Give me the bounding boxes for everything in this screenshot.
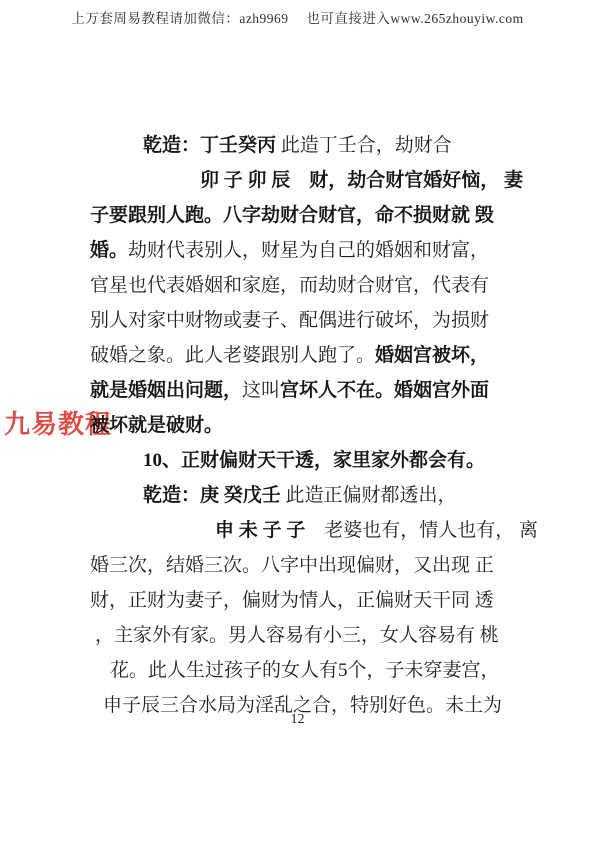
text-run: 劫财代表别人，财星为自己的婚姻和财富， bbox=[128, 240, 489, 261]
text-run: 花。此人生过孩子的女人有5个，子未穿妻宫， bbox=[110, 660, 500, 681]
text-run: 这叫 bbox=[242, 380, 280, 401]
text-line: 花。此人生过孩子的女人有5个，子未穿妻宫， bbox=[90, 653, 530, 688]
text-line: 乾造：丁壬癸丙 此造丁壬合，劫财合 bbox=[90, 128, 530, 163]
text-run: 申 未 子 子 bbox=[215, 520, 305, 541]
text-run: 财，正财为妻子，偏财为情人，正偏财天干同 透 bbox=[90, 590, 494, 611]
text-run: 宫坏人不在。婚姻宫外面 bbox=[280, 380, 489, 401]
text-run: 10、正财偏财天干透，家里家外都会有。 bbox=[143, 450, 485, 471]
text-line: 破婚之象。此人老婆跟别人跑了。婚姻宫被坏， bbox=[90, 338, 530, 373]
text-line: 乾造：庚 癸戊壬 此造正偏财都透出， bbox=[90, 478, 530, 513]
text-line: 婚。劫财代表别人，财星为自己的婚姻和财富， bbox=[90, 233, 530, 268]
text-run: 婚姻宫被坏， bbox=[375, 345, 489, 366]
text-run: 此造丁壬合，劫财合 bbox=[276, 135, 452, 156]
text-run: 乾造：丁壬癸丙 bbox=[143, 135, 276, 156]
text-line: 10、正财偏财天干透，家里家外都会有。 bbox=[90, 443, 530, 478]
text-run: 婚。 bbox=[90, 240, 128, 261]
text-run: 被坏就是破财。 bbox=[90, 415, 223, 436]
text-run: 就是婚姻出问题， bbox=[90, 380, 242, 401]
text-line: 申 未 子 子 老婆也有，情人也有， 离 bbox=[90, 513, 530, 548]
text-line: 婚三次，结婚三次。八字中出现偏财，又出现 正 bbox=[90, 548, 530, 583]
text-run: 别人对家中财物或妻子、配偶进行破坏，为损财 bbox=[90, 310, 489, 331]
text-run: 此造正偏财都透出， bbox=[281, 485, 457, 506]
text-line: 别人对家中财物或妻子、配偶进行破坏，为损财 bbox=[90, 303, 530, 338]
text-run: 乾造：庚 癸戊壬 bbox=[143, 485, 281, 506]
text-line: 卯 子 卯 辰 财，劫合财官婚好恼， 妻 bbox=[90, 163, 530, 198]
text-line: 财，正财为妻子，偏财为情人，正偏财天干同 透 bbox=[90, 583, 530, 618]
text-line: 就是婚姻出问题，这叫宫坏人不在。婚姻宫外面 bbox=[90, 373, 530, 408]
text-run: 破婚之象。此人老婆跟别人跑了。 bbox=[90, 345, 375, 366]
text-run: 婚三次，结婚三次。八字中出现偏财，又出现 正 bbox=[90, 555, 494, 576]
text-line: 官星也代表婚姻和家庭，而劫财合财官，代表有 bbox=[90, 268, 530, 303]
text-line: 子要跟别人跑。八字劫财合财官，命不损财就 毁 bbox=[90, 198, 530, 233]
text-run: 官星也代表婚姻和家庭，而劫财合财官，代表有 bbox=[90, 275, 489, 296]
text-run: ，主家外有家。男人容易有小三，女人容易有 桃 bbox=[95, 625, 499, 646]
text-line: 被坏就是破财。 bbox=[90, 408, 530, 443]
text-run: 卯 子 卯 辰 财，劫合财官婚好恼， 妻 bbox=[200, 170, 523, 191]
text-run: 老婆也有，情人也有， 离 bbox=[305, 520, 538, 541]
text-run: 子要跟别人跑。八字劫财合财官，命不损财就 毁 bbox=[90, 205, 494, 226]
page-header-text: 上万套周易教程请加微信：azh9969 也可直接进入www.265zhouyiw… bbox=[0, 7, 595, 27]
text-line: ，主家外有家。男人容易有小三，女人容易有 桃 bbox=[90, 618, 530, 653]
body-text: 乾造：丁壬癸丙 此造丁壬合，劫财合卯 子 卯 辰 财，劫合财官婚好恼， 妻子要跟… bbox=[90, 128, 530, 723]
page-number: 12 bbox=[0, 712, 595, 728]
document-page: 上万套周易教程请加微信：azh9969 也可直接进入www.265zhouyiw… bbox=[0, 0, 595, 842]
